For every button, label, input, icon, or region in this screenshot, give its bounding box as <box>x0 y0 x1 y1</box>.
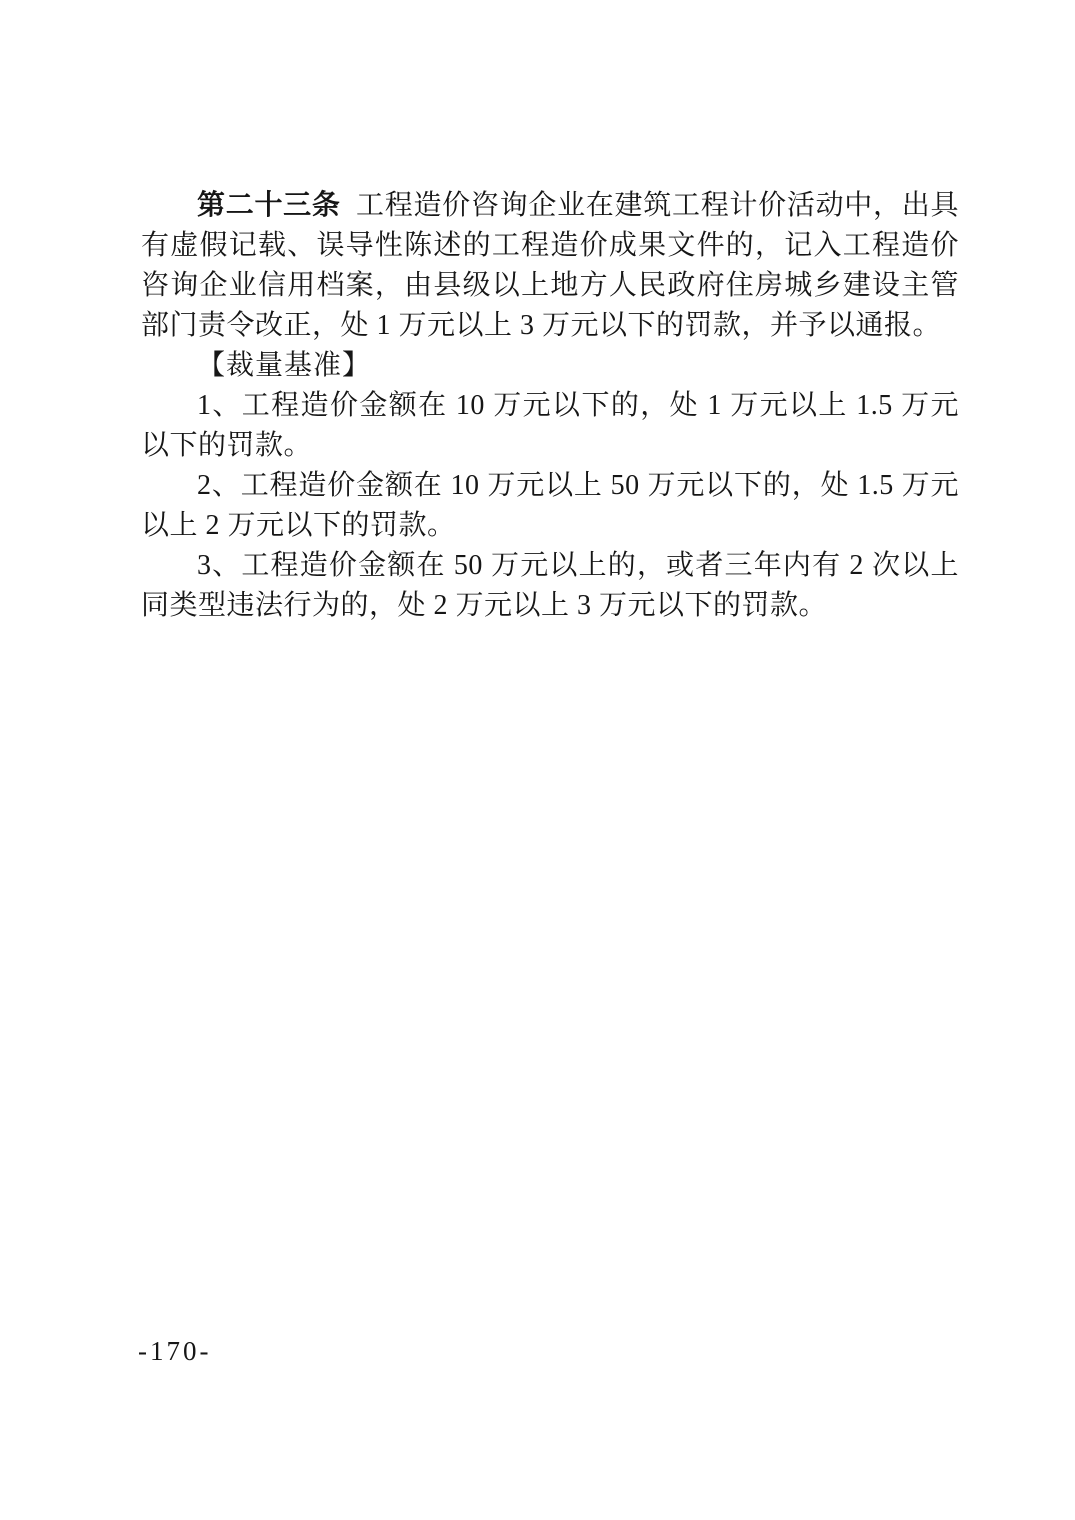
discretion-item-2: 2、工程造价金额在 10 万元以上 50 万元以下的，处 1.5 万元以上 2 … <box>141 466 959 546</box>
article-number: 第二十三条 <box>197 190 341 221</box>
discretion-item-1: 1、工程造价金额在 10 万元以下的，处 1 万元以上 1.5 万元以下的罚款。 <box>141 386 959 466</box>
article-section: 第二十三条工程造价咨询企业在建筑工程计价活动中，出具有虚假记载、误导性陈述的工程… <box>141 186 959 626</box>
document-page: 第二十三条工程造价咨询企业在建筑工程计价活动中，出具有虚假记载、误导性陈述的工程… <box>0 0 1075 1520</box>
discretion-item-3: 3、工程造价金额在 50 万元以上的，或者三年内有 2 次以上同类型违法行为的，… <box>141 546 959 626</box>
page-number: -170- <box>138 1336 211 1367</box>
discretion-standard-heading: 【裁量基准】 <box>141 346 959 386</box>
article-paragraph: 第二十三条工程造价咨询企业在建筑工程计价活动中，出具有虚假记载、误导性陈述的工程… <box>141 186 959 346</box>
